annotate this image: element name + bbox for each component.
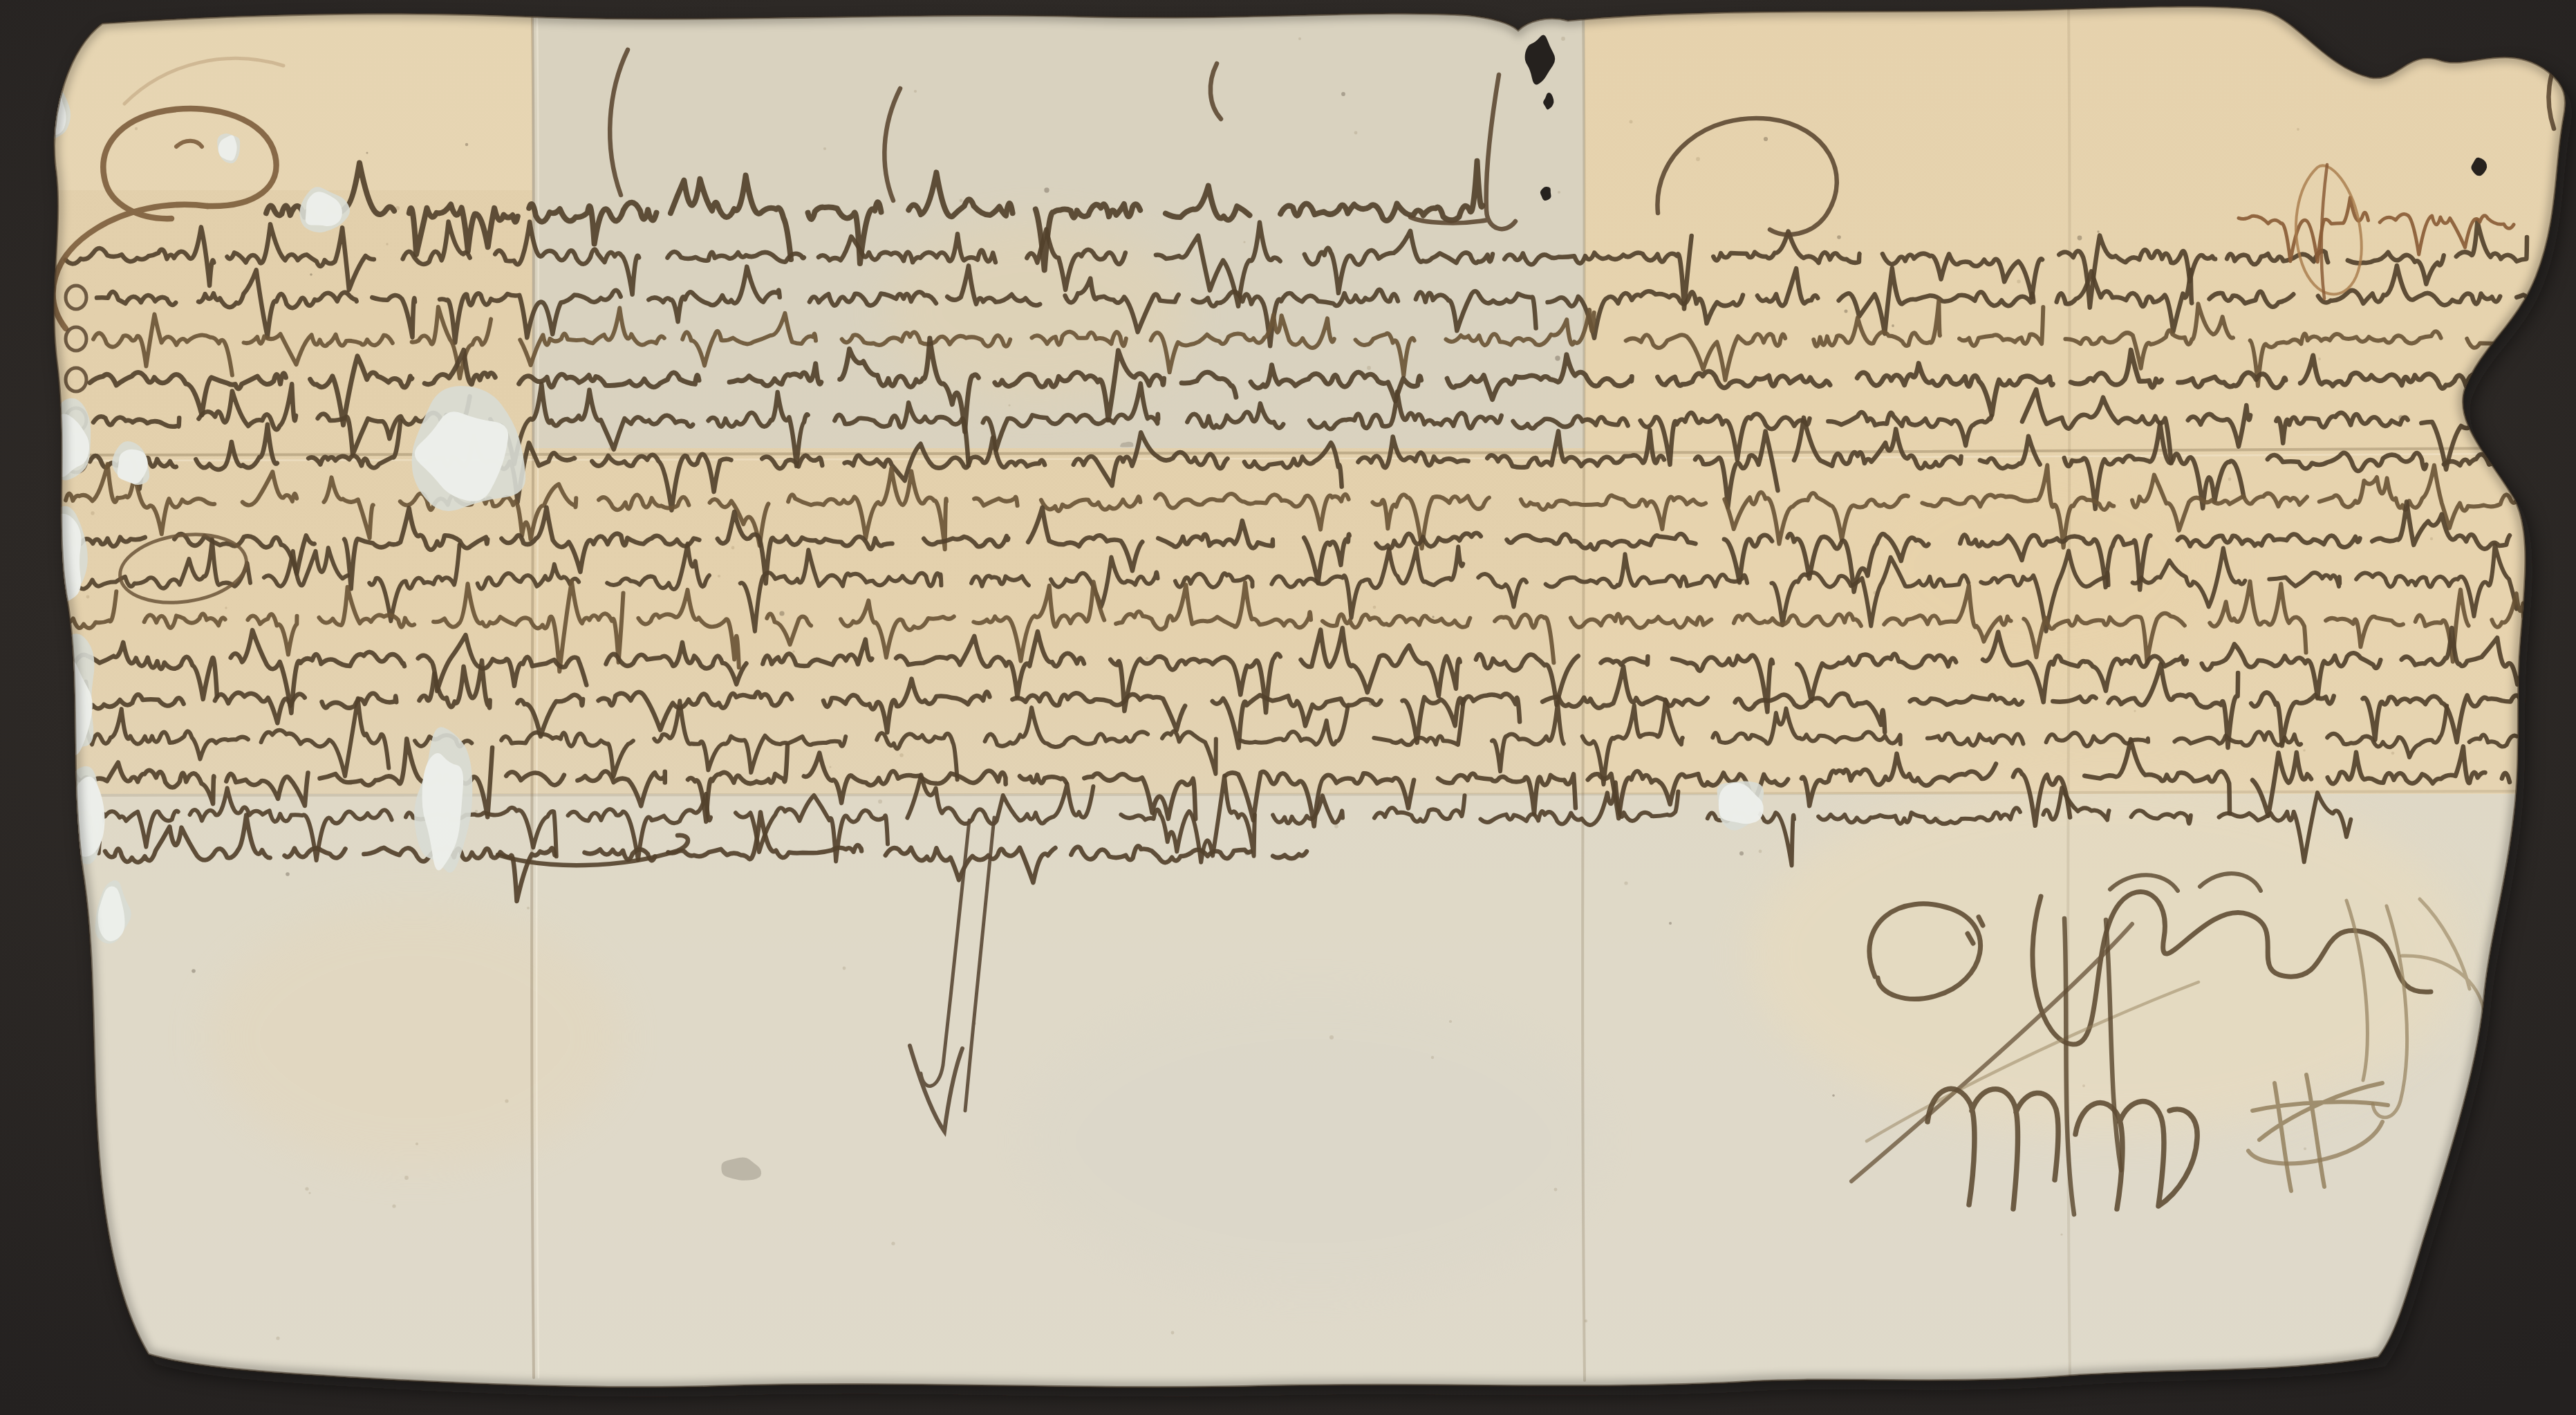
paper-speck [1624,881,1627,885]
paper-speck [305,1187,308,1190]
paper-speck [2430,537,2433,540]
paper-speck [1171,1331,1175,1335]
paper-speck [1630,120,1633,124]
paper-speck [1739,851,1744,856]
paper-speck [1764,137,1768,141]
paper-speck [960,199,963,203]
paper-speck [91,511,94,515]
paper-speck [135,127,138,130]
paper-speck [1367,366,1371,370]
top-left-light-panel [41,7,532,190]
paper-speck [465,143,468,146]
paper-speck [891,1241,895,1245]
paper-speck [823,147,826,150]
paper-speck [310,273,312,276]
paper-speck [386,243,388,245]
paper-speck [2228,478,2232,481]
paper-speck [1832,1094,1835,1097]
paper-speck [286,872,290,876]
paper-speck [2303,749,2306,752]
paper-speck [1892,324,1894,327]
paper-speck [792,650,794,652]
paper-speck [1008,404,1010,406]
paper-speck [2082,1084,2085,1087]
paper-speck [2304,1147,2306,1150]
paper-speck [1341,92,1345,96]
paper-speck [878,799,882,804]
vertical-crease [1583,7,1585,1380]
gray-stain [1023,989,1604,1293]
paper-speck [505,1099,508,1102]
paper-speck [86,595,90,599]
paper-speck [2391,752,2395,755]
paper-speck [2060,1233,2062,1235]
paper-speck [1837,235,1841,239]
paper-speck [1334,824,1338,829]
paper-speck [718,575,720,577]
paper-speck [1449,1020,1452,1023]
paper-speck [731,546,735,550]
paper-speck [1585,1320,1587,1322]
paper-speck [1298,37,1301,40]
paper-speck [308,1192,310,1194]
paper-speck [1373,606,1376,609]
paper-speck [2318,358,2321,360]
paper-speck [1669,922,1672,925]
paper-speck [2134,710,2136,712]
paper-speck [1845,310,1848,313]
paper-speck [830,766,832,768]
paper-speck [527,907,530,909]
paper-speck [475,810,478,813]
paper-speck [899,753,904,757]
paper-speck [2017,279,2020,283]
paper-speck [1044,187,1049,192]
paper-speck [2297,128,2299,131]
paper-speck [1561,37,1565,41]
paper-speck [392,1204,395,1208]
paper-speck [843,967,846,970]
paper-speck [1696,157,1700,161]
paper-speck [1759,850,1762,853]
paper-speck [1431,1056,1434,1059]
paper-speck [2078,236,2082,241]
paper-speck [1555,355,1560,360]
paper-speck [276,1336,279,1340]
paper-speck [1432,616,1434,618]
paper-speck [914,90,917,93]
manuscript-scan [0,0,2576,1415]
paper-speck [416,1143,418,1145]
paper-speck [1243,241,1245,243]
paper-speck [366,152,368,154]
paper-speck [2097,230,2099,232]
paper-speck [225,607,227,609]
paper-speck [1354,131,1358,135]
paper-speck [404,1176,409,1180]
paper-speck [1329,1035,1334,1039]
manuscript-scan-stage: Scan of a single-leaf handwritten manusc… [0,0,2576,1415]
paper-speck [779,611,784,616]
paper-speck [1554,1188,1558,1192]
warm-stain [207,906,622,1169]
paper-speck [1146,657,1148,660]
paper-speck [192,969,196,973]
paper-speck [1558,191,1560,194]
